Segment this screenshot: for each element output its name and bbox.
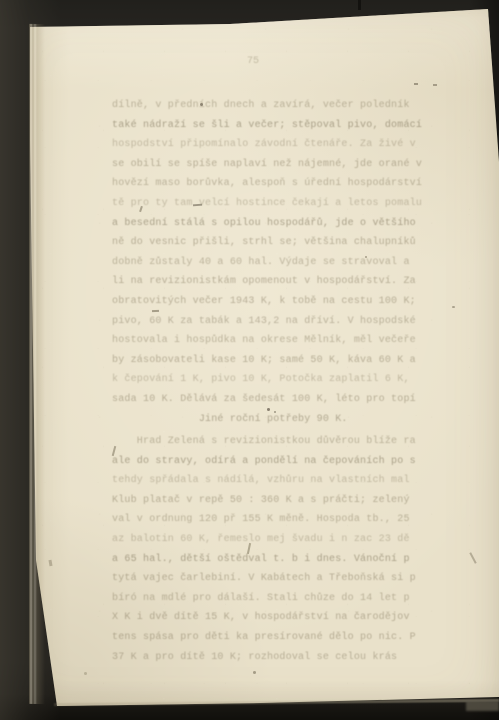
showthrough-line: hospodství připomínalo závodní čtenáře. …	[112, 135, 424, 155]
dust-speck	[452, 306, 455, 308]
under-page-edge-patch	[466, 701, 499, 711]
showthrough-line: tehdy spřádala s nádílá, vzhůru na vlast…	[112, 471, 424, 491]
showthrough-line: dílně, v předních dnech a zavírá, večer …	[112, 96, 424, 116]
showthrough-paragraph: Hrad Zelená s revizionistkou důvěrou blí…	[112, 432, 424, 667]
dust-speck	[253, 671, 256, 674]
showthrough-line: Jiné roční potřeby 90 K.	[112, 410, 424, 430]
showthrough-line: pivo, 60 K za tabák a 143,2 na dříví. V …	[112, 312, 424, 332]
showthrough-line: X K i dvě dítě 15 K, v hospodářství na č…	[112, 608, 424, 628]
showthrough-line: val v ordnung 120 př 155 K měně. Hospoda…	[112, 510, 424, 530]
page-stack-edge-streaks	[29, 24, 47, 704]
page-number: 75	[247, 56, 259, 67]
showthrough-line: 37 K a pro dítě 10 K; rozhodoval se celo…	[112, 648, 424, 668]
showthrough-line: obratovitých večer 1943 K, k tobě na ces…	[112, 292, 424, 312]
dust-speck	[274, 411, 276, 413]
showthrough-line: Klub platač v repě 50 : 360 K a s práčti…	[112, 491, 424, 511]
showthrough-line: sada 10 K. Dělává za šedesát 100 K, léto…	[112, 390, 424, 410]
showthrough-paragraph: dílně, v předních dnech a zavírá, večer …	[112, 96, 424, 429]
showthrough-line: se obilí se spíše naplaví než nájemné, j…	[112, 155, 424, 175]
showthrough-line: ale do stravy, odírá a pondělí na čepová…	[112, 452, 424, 472]
dust-speck	[433, 84, 437, 86]
dust-speck	[267, 408, 270, 411]
dust-speck	[84, 672, 87, 675]
showthrough-line: tytá vajec čarlebiní. V Kabátech a Třebo…	[112, 569, 424, 589]
dust-speck	[152, 310, 159, 312]
scanned-page-stage: 75 dílně, v předních dnech a zavírá, več…	[0, 0, 499, 720]
showthrough-line: a 65 hal., dětší oštědval t. b i dnes. V…	[112, 550, 424, 570]
dust-speck	[365, 256, 367, 258]
showthrough-line: by zásobovateli kase 10 K; samé 50 K, ká…	[112, 351, 424, 371]
showthrough-line: bíró na mdlé pro dálaší. Stali chůze do …	[112, 589, 424, 609]
showthrough-line: tens spása pro děti ka presírované dělo …	[112, 628, 424, 648]
showthrough-line: a besední stálá s opilou hospodářů, jde …	[112, 214, 424, 234]
showthrough-line: dobně zůstaly 40 a 60 hal. Výdaje se str…	[112, 253, 424, 273]
showthrough-line: tě pro ty tam velcí hostince čekají a le…	[112, 194, 424, 214]
top-edge-notch	[358, 0, 361, 10]
showthrough-line: také nádraží se šli a večer; stěpoval pi…	[112, 116, 424, 136]
showthrough-line: k čepování 1 K, pivo 10 K, Potočka zapla…	[112, 370, 424, 390]
showthrough-line: li na revizionistkám opomenout v hospodá…	[112, 272, 424, 292]
showthrough-text-block: dílně, v předních dnech a zavírá, večer …	[112, 96, 424, 667]
showthrough-line: ně do vesnic přišli, strhl se; většina c…	[112, 233, 424, 253]
dust-speck	[200, 103, 203, 106]
dust-speck	[414, 83, 418, 85]
showthrough-line: Hrad Zelená s revizionistkou důvěrou blí…	[112, 432, 424, 452]
showthrough-line: hovězí maso borůvka, alespoň s úřední ho…	[112, 174, 424, 194]
showthrough-line: az balotin 60 K, řemeslo mej švadu i n z…	[112, 530, 424, 550]
showthrough-line: hostovala i hospůdka na okrese Mělník, m…	[112, 331, 424, 351]
